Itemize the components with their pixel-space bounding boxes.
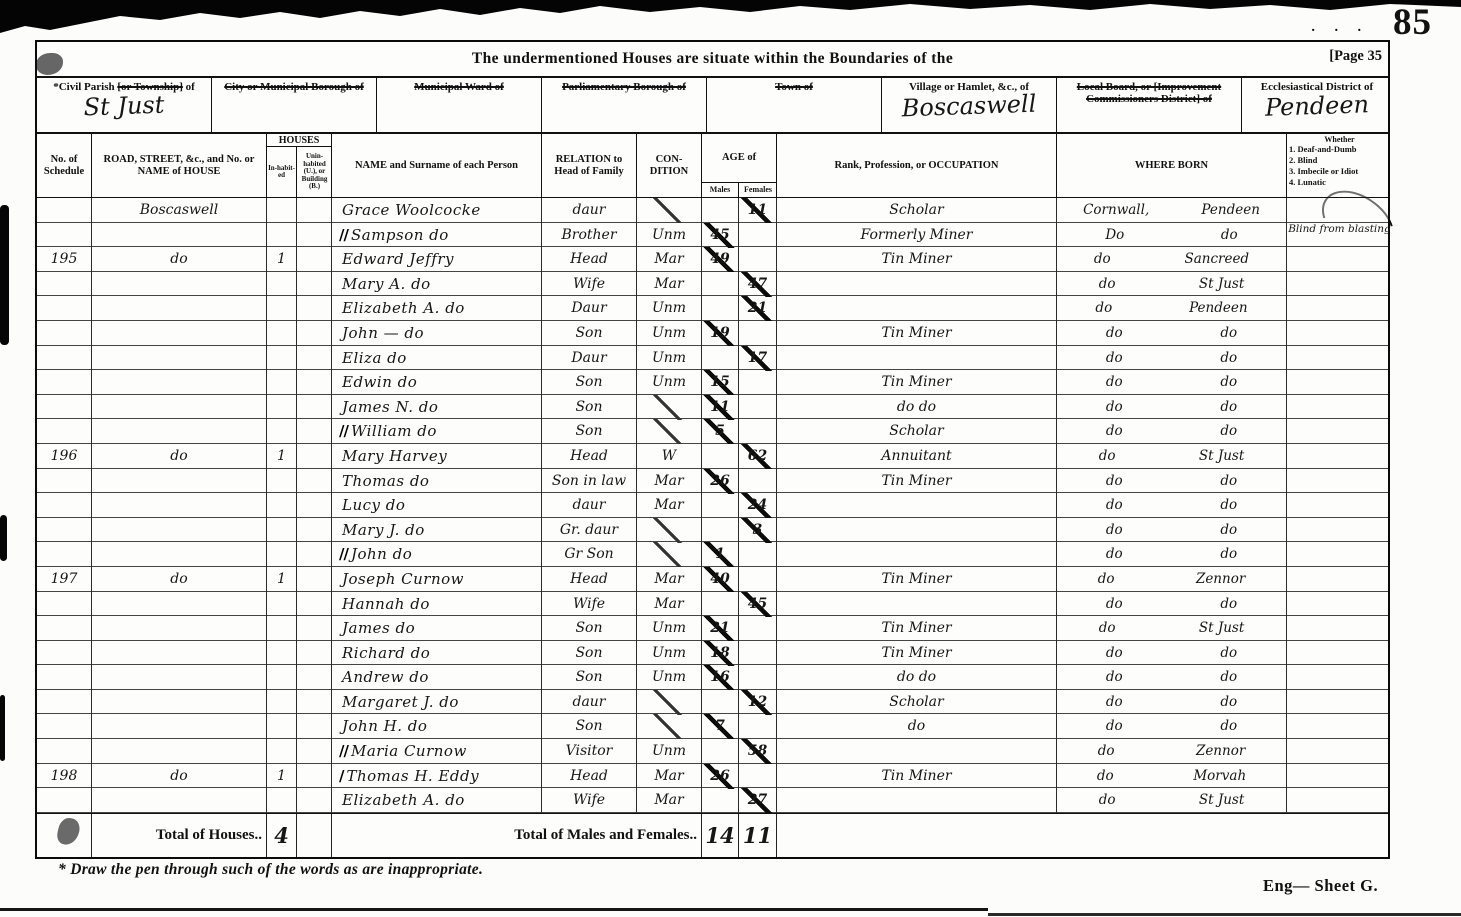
cell-inhabited — [267, 616, 297, 641]
col-header-schedule: No. of Schedule — [37, 134, 92, 197]
cell-condition — [637, 395, 702, 420]
district-label: Local Board, or [Improvement Commissione… — [1057, 81, 1241, 105]
cell-age-m — [702, 346, 739, 371]
cell-inhabited — [267, 469, 297, 494]
cell-uninhabited — [297, 370, 332, 395]
cell-schedule — [37, 592, 92, 617]
cell-inhabited — [267, 198, 297, 223]
census-row: John H. doSon7dododo — [37, 714, 1388, 739]
houses-subheader: In-habit-ed Unin-habited (U.), or Buildi… — [267, 147, 331, 197]
cell-uninhabited — [297, 395, 332, 420]
col-header-label: HOUSES — [267, 134, 331, 147]
district-civil-parish: *Civil Parish [or Township] ofSt Just — [37, 78, 212, 132]
cell-schedule — [37, 739, 92, 764]
cell-name: Andrew do — [332, 665, 542, 690]
cell-age-m: 5 — [702, 419, 739, 444]
cell-uninhabited — [297, 739, 332, 764]
census-table: The undermentioned Houses are situate wi… — [35, 40, 1390, 859]
cell-inhabited — [267, 592, 297, 617]
born-county: do — [1106, 469, 1123, 494]
district-label-part: Town of — [775, 81, 813, 93]
cell-age-m — [702, 690, 739, 715]
census-row: James doSonUnm21Tin MinerdoSt Just — [37, 616, 1388, 641]
person-name: Richard do — [342, 644, 430, 662]
cell-notes — [1287, 788, 1392, 813]
cell-road: do — [92, 567, 267, 592]
cell-age-m: 15 — [702, 370, 739, 395]
cell-road — [92, 739, 267, 764]
cell-name: Edwin do — [332, 370, 542, 395]
born-county: Cornwall, — [1083, 198, 1149, 223]
cell-notes — [1287, 493, 1392, 518]
col-header-name: NAME and Surname of each Person — [332, 134, 542, 197]
scan-edge-mark — [0, 205, 9, 345]
cell-relation: Son — [542, 714, 637, 739]
cell-inhabited — [267, 419, 297, 444]
cell-inhabited — [267, 714, 297, 739]
whether-item: 2. Blind — [1289, 155, 1390, 166]
cell-schedule — [37, 370, 92, 395]
cell-born: doSt Just — [1057, 788, 1287, 813]
born-parish: Zennor — [1196, 739, 1245, 764]
household-mark: // — [339, 545, 348, 563]
cell-schedule — [37, 641, 92, 666]
cell-inhabited — [267, 272, 297, 297]
torn-paper-edge — [0, 0, 1461, 36]
district-label: Town of — [707, 81, 881, 93]
household-mark: / — [339, 767, 343, 785]
census-row: Andrew doSonUnm16do dododo — [37, 665, 1388, 690]
born-county: do — [1106, 419, 1123, 444]
cell-road — [92, 788, 267, 813]
col-header-label: ROAD, STREET, &c., and No. or NAME of HO… — [94, 154, 264, 178]
cell-road — [92, 419, 267, 444]
cell-born: dodo — [1057, 542, 1287, 567]
cell-uninhabited — [297, 469, 332, 494]
cell-road — [92, 321, 267, 346]
person-name: Edward Jeffry — [342, 250, 454, 268]
cell-road — [92, 493, 267, 518]
cell-inhabited — [267, 542, 297, 567]
cell-condition: Mar — [637, 592, 702, 617]
census-row: 195do1Edward JeffryHeadMar49Tin MinerdoS… — [37, 247, 1388, 272]
born-parish: do — [1220, 518, 1237, 543]
cell-age-m: 16 — [702, 665, 739, 690]
col-header-uninhabited: Unin-habited (U.), or Building (B.) — [297, 147, 332, 197]
cell-relation: Son — [542, 641, 637, 666]
cell-uninhabited — [297, 493, 332, 518]
census-row: Elizabeth A. doWifeMar27doSt Just — [37, 788, 1388, 813]
cell-name: //John do — [332, 542, 542, 567]
cell-age-m: 11 — [702, 395, 739, 420]
cell-occupation: Tin Miner — [777, 641, 1057, 666]
cell-uninhabited — [297, 764, 332, 789]
census-row: //Sampson doBrotherUnm45Formerly MinerDo… — [37, 223, 1388, 248]
district-city-or-municipal-borough: City or Municipal Borough of — [212, 78, 377, 132]
cell-schedule — [37, 395, 92, 420]
cell-born: dodo — [1057, 321, 1287, 346]
cell-notes — [1287, 616, 1392, 641]
born-parish: do — [1221, 223, 1238, 248]
district-parliamentary-borough: Parliamentary Borough of — [542, 78, 707, 132]
cell-born: dodo — [1057, 714, 1287, 739]
cell-name: Mary A. do — [332, 272, 542, 297]
cell-name: Thomas do — [332, 469, 542, 494]
person-name: Sampson do — [351, 226, 449, 244]
cell-relation: Son in law — [542, 469, 637, 494]
cell-relation: Brother — [542, 223, 637, 248]
cell-age-m: 21 — [702, 616, 739, 641]
cell-condition: Mar — [637, 788, 702, 813]
cell-born: doSancreed — [1057, 247, 1287, 272]
census-row: Mary A. doWifeMar47doSt Just — [37, 272, 1388, 297]
cell-age-m: 49 — [702, 247, 739, 272]
census-row: Margaret J. dodaur12Scholardodo — [37, 690, 1388, 715]
cell-condition — [637, 419, 702, 444]
person-name: Hannah do — [342, 595, 430, 613]
cell-notes — [1287, 395, 1392, 420]
born-parish: do — [1220, 714, 1237, 739]
cell-relation: Wife — [542, 788, 637, 813]
cell-inhabited — [267, 223, 297, 248]
district-town: Town of — [707, 78, 882, 132]
cell-occupation: Tin Miner — [777, 567, 1057, 592]
person-name: Mary J. do — [342, 521, 425, 539]
cell-relation: Son — [542, 395, 637, 420]
census-row: James N. doSon11do dododo — [37, 395, 1388, 420]
cell-name: /Thomas H. Eddy — [332, 764, 542, 789]
household-mark: // — [339, 226, 348, 244]
born-parish: do — [1220, 690, 1237, 715]
cell-occupation: Tin Miner — [777, 247, 1057, 272]
cell-born: Dodo — [1057, 223, 1287, 248]
cell-inhabited: 1 — [267, 247, 297, 272]
cell-condition — [637, 690, 702, 715]
census-row: //Maria CurnowVisitorUnm58doZennor — [37, 739, 1388, 764]
col-header-label: AGE of — [702, 134, 776, 182]
cell-inhabited — [267, 395, 297, 420]
cell-name: Richard do — [332, 641, 542, 666]
census-row: 196do1Mary HarveyHeadW62AnnuitantdoSt Ju… — [37, 444, 1388, 469]
cell-name: //Sampson do — [332, 223, 542, 248]
cell-uninhabited — [297, 272, 332, 297]
cell-born: dodo — [1057, 346, 1287, 371]
cell-relation: Son — [542, 370, 637, 395]
cell-age-f: 21 — [739, 296, 777, 321]
born-parish: St Just — [1199, 272, 1244, 297]
cell-notes — [1287, 690, 1392, 715]
cell-age-m — [702, 296, 739, 321]
born-parish: do — [1220, 469, 1237, 494]
born-county: do — [1094, 247, 1111, 272]
born-parish: do — [1220, 542, 1237, 567]
cell-born: Cornwall,Pendeen — [1057, 198, 1287, 223]
cell-age-f: 58 — [739, 739, 777, 764]
cell-born: doZennor — [1057, 567, 1287, 592]
person-name: William do — [351, 422, 437, 440]
district-value-handwritten: Boscaswell — [882, 90, 1057, 122]
cell-age-f — [739, 764, 777, 789]
cell-age-f: 17 — [739, 346, 777, 371]
cell-condition: Unm — [637, 296, 702, 321]
cell-schedule — [37, 493, 92, 518]
cell-occupation — [777, 592, 1057, 617]
total-females-value: 11 — [739, 814, 777, 857]
cell-born: dodo — [1057, 641, 1287, 666]
cell-condition: Mar — [637, 493, 702, 518]
born-county: do — [1099, 616, 1116, 641]
cell-inhabited — [267, 788, 297, 813]
cell-name: Edward Jeffry — [332, 247, 542, 272]
cell-occupation: Scholar — [777, 690, 1057, 715]
person-name: Joseph Curnow — [342, 570, 464, 588]
cell-road — [92, 592, 267, 617]
cell-occupation: Tin Miner — [777, 764, 1057, 789]
cell-road — [92, 346, 267, 371]
cell-name: James do — [332, 616, 542, 641]
born-county: do — [1106, 346, 1123, 371]
cell-notes — [1287, 272, 1392, 297]
born-parish: do — [1220, 419, 1237, 444]
cell-relation: Head — [542, 247, 637, 272]
cell-notes — [1287, 419, 1392, 444]
col-header-age-females: Females — [739, 183, 777, 197]
cell-schedule — [37, 665, 92, 690]
born-parish: do — [1220, 592, 1237, 617]
totals-schedule-cell — [37, 814, 92, 857]
cell-condition — [637, 518, 702, 543]
cell-road — [92, 223, 267, 248]
cell-relation: Daur — [542, 296, 637, 321]
cell-uninhabited — [297, 592, 332, 617]
born-county: do — [1106, 665, 1123, 690]
cell-age-m: 18 — [702, 641, 739, 666]
cell-born: doSt Just — [1057, 444, 1287, 469]
born-parish: Zennor — [1196, 567, 1245, 592]
census-row: //John doGr Son1dodo — [37, 542, 1388, 567]
born-parish: do — [1220, 395, 1237, 420]
cell-uninhabited — [297, 641, 332, 666]
cell-occupation — [777, 788, 1057, 813]
whether-item: 3. Imbecile or Idiot — [1289, 166, 1390, 177]
person-name: Elizabeth A. do — [342, 791, 465, 809]
cell-notes — [1287, 198, 1392, 223]
cell-occupation: Tin Miner — [777, 370, 1057, 395]
cell-age-m: 45 — [702, 223, 739, 248]
title-row: The undermentioned Houses are situate wi… — [37, 42, 1388, 78]
cell-occupation: Tin Miner — [777, 616, 1057, 641]
cell-inhabited: 1 — [267, 444, 297, 469]
census-row: Hannah doWifeMar45dodo — [37, 592, 1388, 617]
cell-notes — [1287, 247, 1392, 272]
col-header-inhabited: In-habit-ed — [267, 147, 297, 197]
cell-occupation: Tin Miner — [777, 469, 1057, 494]
cell-born: dodo — [1057, 592, 1287, 617]
cell-age-m: 1 — [702, 542, 739, 567]
cell-relation: Head — [542, 444, 637, 469]
table-body: BoscaswellGrace Woolcockedaur11ScholarCo… — [37, 198, 1388, 813]
cell-schedule — [37, 272, 92, 297]
cell-born: doPendeen — [1057, 296, 1287, 321]
cell-schedule — [37, 346, 92, 371]
cell-condition: Mar — [637, 567, 702, 592]
col-header-label: No. of Schedule — [39, 154, 89, 178]
cell-born: dodo — [1057, 518, 1287, 543]
cell-born: dodo — [1057, 665, 1287, 690]
cell-condition: Unm — [637, 616, 702, 641]
cell-age-m — [702, 272, 739, 297]
district-local-board: Local Board, or [Improvement Commissione… — [1057, 78, 1242, 132]
cell-name: Elizabeth A. do — [332, 788, 542, 813]
born-parish: do — [1220, 665, 1237, 690]
cell-schedule — [37, 690, 92, 715]
cell-inhabited: 1 — [267, 567, 297, 592]
cell-inhabited — [267, 690, 297, 715]
scan-line — [988, 913, 1461, 916]
cell-notes — [1287, 739, 1392, 764]
cell-age-f — [739, 542, 777, 567]
census-row: Edwin doSonUnm15Tin Minerdodo — [37, 370, 1388, 395]
cell-name: Joseph Curnow — [332, 567, 542, 592]
cell-occupation: Scholar — [777, 198, 1057, 223]
cell-name: John H. do — [332, 714, 542, 739]
cell-age-f: 27 — [739, 788, 777, 813]
district-label-part: Local Board, or [Improvement Commissione… — [1077, 81, 1221, 105]
cell-notes — [1287, 346, 1392, 371]
cell-age-f: 12 — [739, 690, 777, 715]
cell-uninhabited — [297, 690, 332, 715]
cell-age-f — [739, 370, 777, 395]
cell-condition: Unm — [637, 739, 702, 764]
cell-age-f — [739, 665, 777, 690]
cell-age-f: 45 — [739, 592, 777, 617]
cell-occupation — [777, 346, 1057, 371]
cell-born: dodo — [1057, 395, 1287, 420]
census-row: Lucy dodaurMar24dodo — [37, 493, 1388, 518]
sheet-label: Eng— Sheet G. — [1263, 876, 1378, 896]
cell-uninhabited — [297, 567, 332, 592]
column-header-row: No. of Schedule ROAD, STREET, &c., and N… — [37, 134, 1388, 198]
cell-schedule: 195 — [37, 247, 92, 272]
person-name: Maria Curnow — [351, 742, 467, 760]
cell-age-m — [702, 518, 739, 543]
cell-road — [92, 518, 267, 543]
cell-born: doMorvah — [1057, 764, 1287, 789]
cell-relation: Visitor — [542, 739, 637, 764]
cell-age-f: 11 — [739, 198, 777, 223]
cell-road — [92, 714, 267, 739]
cell-age-f — [739, 616, 777, 641]
cell-inhabited — [267, 296, 297, 321]
born-county: do — [1099, 444, 1116, 469]
person-name: Lucy do — [342, 496, 405, 514]
cell-road — [92, 370, 267, 395]
cell-schedule — [37, 518, 92, 543]
cell-road: do — [92, 444, 267, 469]
cell-relation: Head — [542, 764, 637, 789]
cell-relation: daur — [542, 493, 637, 518]
cell-name: Grace Woolcocke — [332, 198, 542, 223]
person-name: Eliza do — [342, 349, 407, 367]
born-county: do — [1106, 641, 1123, 666]
born-parish: Morvah — [1193, 764, 1246, 789]
total-houses-value: 4 — [267, 814, 297, 857]
cell-uninhabited — [297, 198, 332, 223]
cell-condition — [637, 198, 702, 223]
born-county: do — [1098, 739, 1115, 764]
born-county: do — [1106, 395, 1123, 420]
cell-age-m — [702, 788, 739, 813]
cell-uninhabited — [297, 714, 332, 739]
cell-occupation: do — [777, 714, 1057, 739]
cell-name: James N. do — [332, 395, 542, 420]
total-houses-label: Total of Houses.. — [92, 814, 267, 857]
cell-age-f — [739, 223, 777, 248]
district-label-part: Parliamentary Borough of — [562, 81, 686, 93]
cell-notes — [1287, 296, 1392, 321]
person-name: Andrew do — [342, 668, 429, 686]
col-header-label: NAME and Surname of each Person — [355, 160, 518, 172]
scan-edge-mark — [0, 695, 5, 761]
cell-road — [92, 395, 267, 420]
cell-occupation: Formerly Miner — [777, 223, 1057, 248]
cell-age-f — [739, 641, 777, 666]
cell-uninhabited — [297, 346, 332, 371]
cell-schedule: 196 — [37, 444, 92, 469]
born-county: do — [1097, 764, 1114, 789]
cell-name: Hannah do — [332, 592, 542, 617]
cell-schedule — [37, 616, 92, 641]
age-subheader: Males Females — [702, 182, 776, 197]
cell-name: //Maria Curnow — [332, 739, 542, 764]
cell-name: //William do — [332, 419, 542, 444]
col-header-age: AGE of Males Females — [702, 134, 777, 197]
cell-age-m: 26 — [702, 469, 739, 494]
cell-condition — [637, 714, 702, 739]
cell-relation: Head — [542, 567, 637, 592]
cell-inhabited — [267, 370, 297, 395]
cell-condition: Unm — [637, 665, 702, 690]
cell-schedule — [37, 223, 92, 248]
district-label-part: City or Municipal Borough of — [224, 81, 364, 93]
cell-uninhabited — [297, 419, 332, 444]
person-name: James do — [342, 619, 415, 637]
cell-uninhabited — [297, 518, 332, 543]
born-county: do — [1106, 592, 1123, 617]
cell-relation: Son — [542, 616, 637, 641]
census-row: BoscaswellGrace Woolcockedaur11ScholarCo… — [37, 198, 1388, 223]
cell-born: doSt Just — [1057, 616, 1287, 641]
cell-schedule — [37, 321, 92, 346]
col-header-occupation: Rank, Profession, or OCCUPATION — [777, 134, 1057, 197]
cell-age-m — [702, 493, 739, 518]
col-header-houses: HOUSES In-habit-ed Unin-habited (U.), or… — [267, 134, 332, 197]
cell-inhabited — [267, 665, 297, 690]
cell-uninhabited — [297, 788, 332, 813]
cell-occupation: Annuitant — [777, 444, 1057, 469]
person-name: Margaret J. do — [342, 693, 459, 711]
person-name: Elizabeth A. do — [342, 299, 465, 317]
cell-condition: Mar — [637, 764, 702, 789]
col-header-whether: Whether 1. Deaf-and-Dumb 2. Blind 3. Imb… — [1287, 134, 1392, 197]
cell-name: Mary Harvey — [332, 444, 542, 469]
whether-item: 1. Deaf-and-Dumb — [1289, 144, 1390, 155]
person-name: James N. do — [342, 398, 438, 416]
cell-occupation — [777, 542, 1057, 567]
district-value-handwritten: St Just — [37, 90, 212, 122]
cell-age-f: 3 — [739, 518, 777, 543]
cell-condition: Mar — [637, 272, 702, 297]
